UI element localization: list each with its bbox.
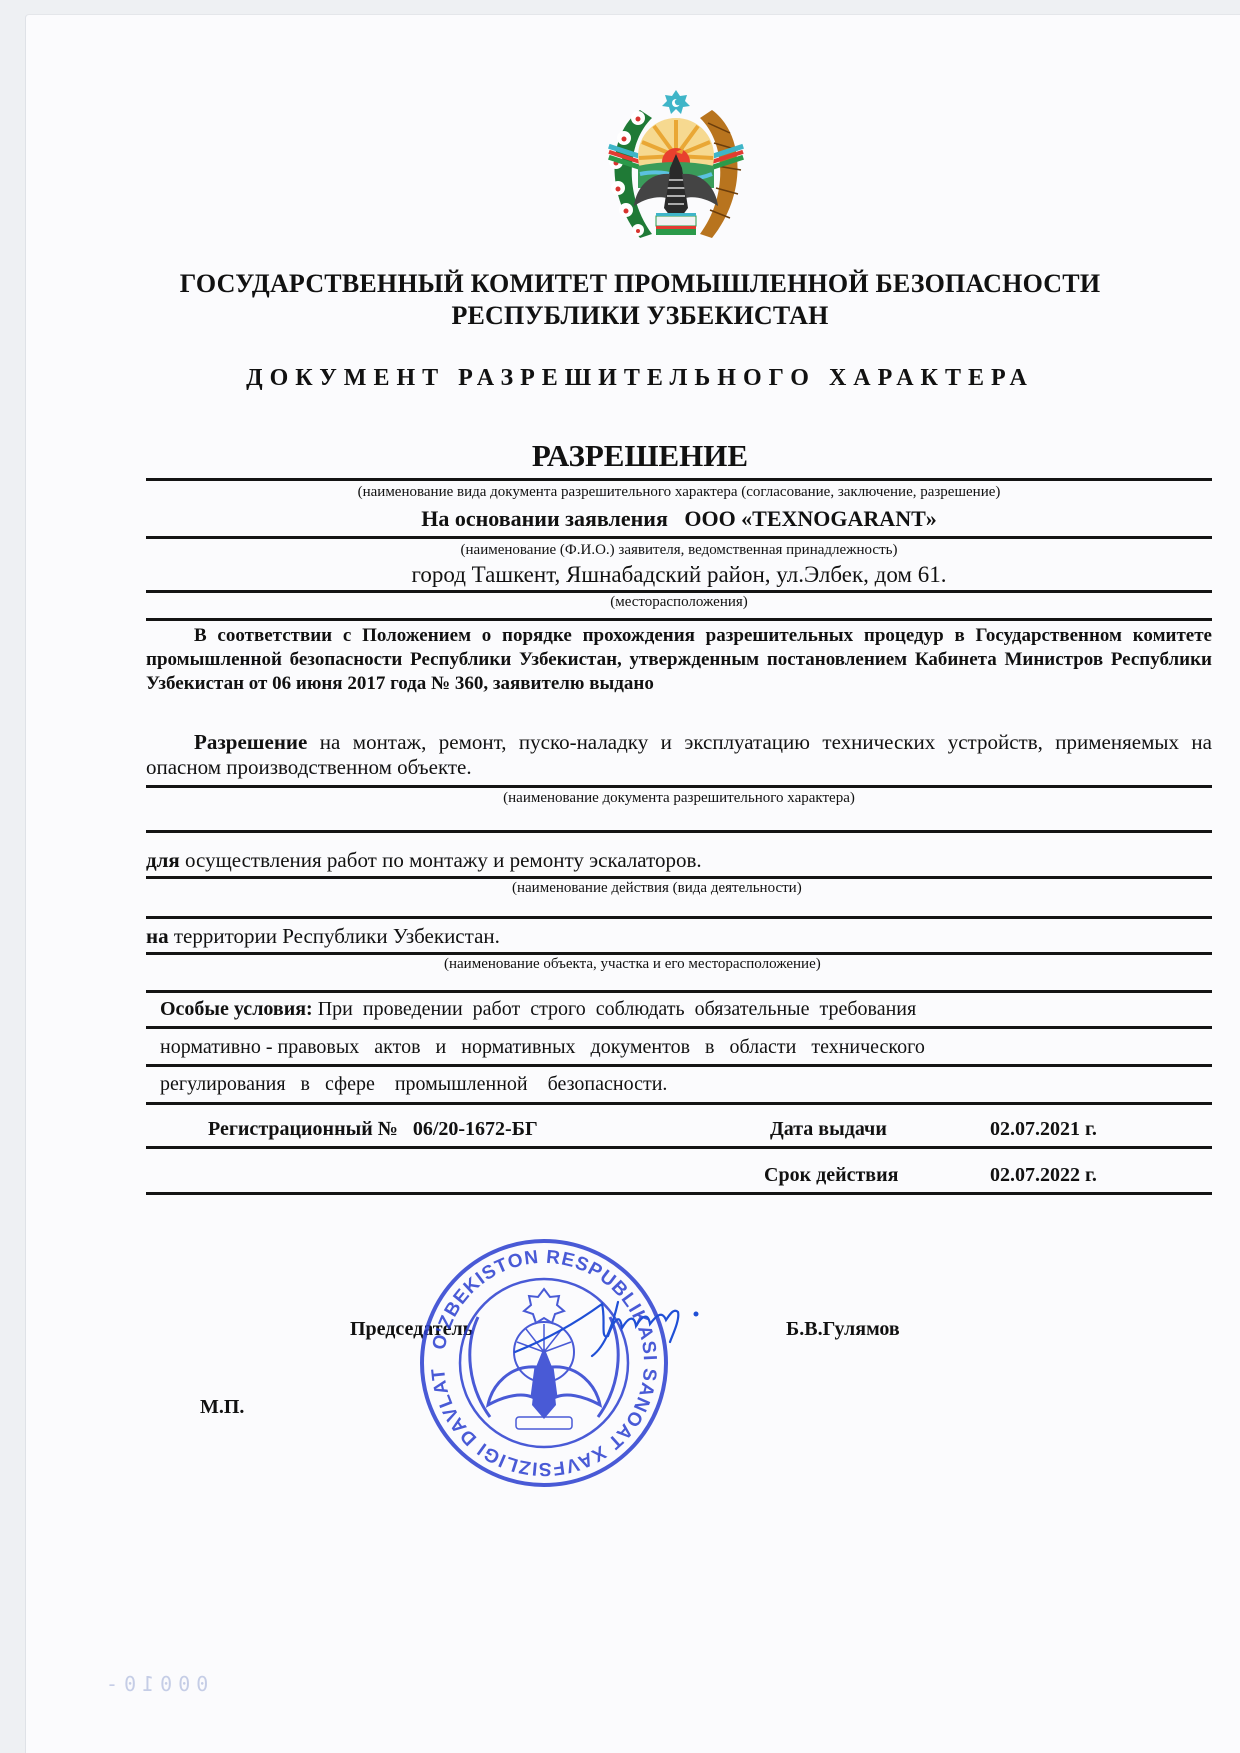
divider — [146, 618, 1212, 621]
divider — [146, 990, 1212, 993]
location-caption: (месторасположения) — [146, 594, 1212, 611]
activity-text: осуществления работ по монтажу и ремонту… — [180, 848, 702, 872]
divider — [146, 916, 1212, 919]
applicant-value: ООО «TEXNOGARANT» — [684, 506, 936, 531]
divider — [146, 590, 1212, 593]
applicant-caption: (наименование (Ф.И.О.) заявителя, ведомс… — [146, 542, 1212, 559]
document-class-title: ДОКУМЕНТ РАЗРЕШИТЕЛЬНОГО ХАРАКТЕРА — [140, 365, 1140, 392]
activity-label: для — [146, 848, 180, 872]
valid-until-label: Срок действия — [764, 1164, 898, 1187]
divider — [146, 952, 1212, 955]
divider — [146, 1192, 1212, 1195]
object-label: на — [146, 924, 169, 948]
special-conditions-text-1: При проведении работ строго соблюдать об… — [313, 998, 916, 1020]
object-caption: (наименование объекта, участка и его мес… — [444, 956, 1144, 973]
serial-number: 00010- — [100, 1672, 208, 1696]
special-conditions-line-1: Особые условия: При проведении работ стр… — [160, 998, 1160, 1021]
divider — [146, 536, 1212, 539]
divider — [146, 1064, 1212, 1067]
basis-paragraph: В соответствии с Положением о порядке пр… — [146, 624, 1212, 696]
divider — [146, 1102, 1212, 1105]
organization-line-1: ГОСУДАРСТВЕННЫЙ КОМИТЕТ ПРОМЫШЛЕННОЙ БЕЗ… — [140, 268, 1140, 300]
applicant-line: На основании заявления ООО «TEXNOGARANT» — [146, 506, 1212, 532]
issue-date-value: 02.07.2021 г. — [990, 1118, 1097, 1141]
location-value: город Ташкент, Яшнабадский район, ул.Элб… — [146, 562, 1212, 588]
divider — [146, 785, 1212, 788]
divider — [146, 876, 1212, 879]
registration-number-line: Регистрационный № 06/20-1672-БГ — [208, 1118, 538, 1141]
object-text: территории Республики Узбекистан. — [169, 924, 500, 948]
registration-number: 06/20-1672-БГ — [413, 1118, 538, 1140]
valid-until-value: 02.07.2022 г. — [990, 1164, 1097, 1187]
permit-label: Разрешение — [194, 730, 307, 754]
permit-paragraph: Разрешение на монтаж, ремонт, пуско-нала… — [146, 730, 1212, 780]
activity-caption: (наименование действия (вида деятельност… — [512, 880, 1212, 897]
document-type-value: РАЗРЕШЕНИЕ — [140, 438, 1140, 474]
object-line: на территории Республики Узбекистан. — [146, 924, 500, 949]
divider — [146, 830, 1212, 833]
applicant-label: На основании заявления — [421, 506, 668, 531]
registration-label: Регистрационный № — [208, 1118, 398, 1140]
divider — [146, 478, 1212, 481]
issue-date-label: Дата выдачи — [770, 1118, 887, 1141]
document-type-caption: (наименование вида документа разрешитель… — [146, 484, 1212, 501]
special-conditions-label: Особые условия: — [160, 998, 313, 1020]
permit-caption: (наименование документа разрешительного … — [146, 790, 1212, 807]
special-conditions-line-3: регулирования в сфере промышленной безоп… — [160, 1073, 1160, 1096]
signatory-name: Б.В.Гулямов — [786, 1318, 900, 1341]
divider — [146, 1146, 1212, 1149]
coat-of-arms-icon — [600, 88, 752, 248]
signature-icon — [510, 1290, 760, 1370]
organization-title: ГОСУДАРСТВЕННЫЙ КОМИТЕТ ПРОМЫШЛЕННОЙ БЕЗ… — [140, 268, 1140, 332]
divider — [146, 1026, 1212, 1029]
activity-line: для осуществления работ по монтажу и рем… — [146, 848, 702, 873]
organization-line-2: РЕСПУБЛИКИ УЗБЕКИСТАН — [140, 300, 1140, 332]
special-conditions-line-2: нормативно - правовых актов и нормативны… — [160, 1036, 1160, 1059]
stamp-place-label: М.П. — [200, 1396, 244, 1419]
